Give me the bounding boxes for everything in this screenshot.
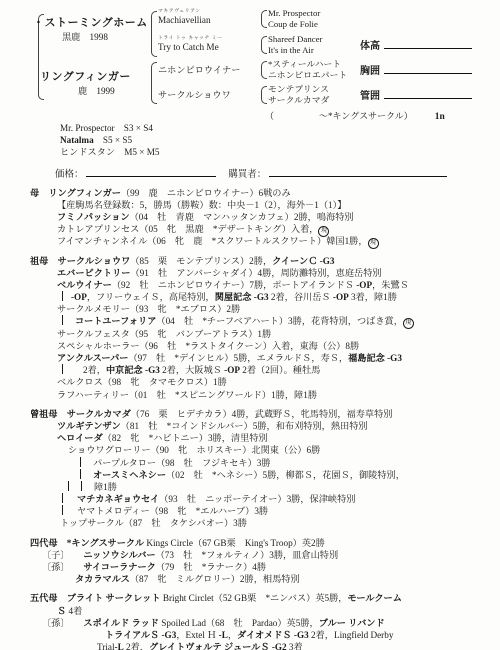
text-segment: Bright Circlet（52 GB栗 *ニンバス）英5勝，	[161, 593, 348, 603]
gen3-brace-3	[261, 61, 267, 79]
gen2-name: サークルショウワ	[158, 90, 231, 100]
pedigree-line: サークルフェスタ（95 牝 バンブーアトラス）1勝	[57, 328, 500, 340]
pedigree-line: 2着，中京記念 -G3 2着，大阪城Ｓ -OP 2着（2回）。種牡馬	[62, 364, 500, 376]
active-horse-mark: 現	[403, 318, 414, 329]
pedigree-line: ベルクロス（98 牝 タマモクロス）1勝	[57, 376, 500, 388]
text-segment: トップサークル（87 牡 タケシバオー）3勝	[60, 518, 247, 528]
text-segment: -OP	[71, 292, 87, 302]
text-segment: 2着，Lingfield Derby	[309, 630, 394, 640]
text-segment: ダイオメドＳ -G3	[237, 630, 309, 640]
height-label: 体高	[360, 41, 380, 52]
gen2-name: Machiavellian	[158, 15, 211, 25]
text-segment: コートユーフォリア	[75, 316, 156, 326]
chest-label: 胸囲	[360, 66, 380, 77]
pedigree-line: ヘロイーダ（82 牝 *ハビトニー）3勝，清里特別	[57, 432, 500, 444]
pedigree-line: サークルメモリー（93 牝 *エブロス）2勝	[57, 303, 500, 315]
pedigree-line: 五代母 ブライト サークレット Bright Circlet（52 GB栗 *ニ…	[30, 592, 500, 604]
gen3-pair: *スティールハート ニホンピロエパート	[268, 59, 347, 81]
pedigree-line: 障1勝	[68, 481, 500, 493]
descent-bar	[62, 291, 63, 301]
text-segment: パープルタロー（98 牡 フジキセキ）3勝	[93, 458, 271, 468]
pedigree-line: ヒンドスタン M5 × M5	[60, 146, 500, 158]
sire-name: ・ストーミングホーム	[33, 14, 148, 30]
text-segment: （99 鹿 ニホンピロウイナー）6戦のみ	[121, 188, 291, 198]
text-segment: 曾祖母 サークルカマダ	[30, 409, 131, 419]
text-segment: フミノパッション	[57, 212, 130, 222]
text-segment: （93 牡 ニッポーテイオー）3勝，保津峡特別	[159, 494, 355, 504]
gen3-sire: Mr. Prospector	[268, 8, 320, 19]
pedigree-line: ベルウイナー（92 牡 ニホンピロウイナー）7勝，ポートアイランドＳ -OP，朱…	[57, 279, 500, 291]
text-segment: 福島記念 -G3	[348, 353, 402, 363]
chest-blank	[384, 63, 472, 74]
text-segment: ヘロイーダ	[57, 433, 103, 443]
text-segment: （04 牡 青鹿 マンハッタンカフェ）2勝，鳴海特別	[130, 212, 354, 222]
text-segment: 母 リングフィンガー	[30, 188, 121, 198]
pedigree-line: ショウワグローリー（90 牝 ホリスキー）北関東（公）6勝	[68, 444, 500, 456]
text-segment: 4着	[66, 606, 82, 616]
descent-bar	[62, 505, 63, 515]
text-segment: ベルクロス（98 牝 タマモクロス）1勝	[57, 377, 227, 387]
text-segment: 〔孫〕	[42, 618, 83, 628]
text-segment: タカラマルス	[75, 574, 130, 584]
descent-bar	[81, 481, 82, 491]
gen3-sire: *スティールハート	[268, 59, 347, 70]
height-row: 体高	[360, 36, 472, 54]
text-segment: 五代母 ブライト サークレット	[30, 593, 161, 603]
family-listing: 母 リングフィンガー（99 鹿 ニホンピロウイナー）6戦のみ【産駒馬名登録数：5…	[0, 187, 500, 650]
pedigree-line: -OP，フリーウェイＳ，高尾特別，関屋記念 -G3 2着，谷川岳Ｓ -OP 3着…	[62, 291, 500, 303]
gen3-sire: Shareef Dancer	[268, 34, 322, 45]
text-segment: 四代母 *キングスサークル	[30, 538, 144, 548]
text-segment: ，Extel Ｈ	[176, 630, 216, 640]
gen3-pair: モンテプリンス サークルカマダ	[268, 84, 329, 106]
descent-bar	[62, 315, 63, 325]
text-segment: 3着，障1勝	[349, 292, 397, 302]
sire-brace	[151, 11, 157, 57]
gen3-dam: It's in the Air	[268, 45, 322, 56]
text-segment: Ｓ	[57, 606, 66, 616]
gen2-entry: マキアヴェリアン Machiavellian	[158, 9, 211, 25]
text-segment: 〔孫〕	[42, 562, 83, 572]
gen3-pair: Shareef Dancer It's in the Air	[268, 34, 322, 56]
pedigree-line: Natalma S5 × S5	[60, 134, 500, 146]
cannon-row: 管囲	[360, 86, 472, 104]
text-segment: Mr. Prospector S3 × S4	[60, 123, 153, 133]
text-segment: 2着，	[83, 365, 106, 375]
descent-bar	[62, 364, 63, 374]
gen3-brace-4	[261, 86, 267, 104]
ruby-text: マキアヴェリアン	[158, 9, 211, 14]
pedigree-line: カトレアプリンセス（05 牝 黒鹿 *デザートキング）入着，現	[57, 223, 500, 235]
text-segment: Kings Circle（67 GB栗 King's Troop）英2勝	[144, 538, 325, 548]
pedigree-line: 【産駒馬名登録数：5，勝馬（勝鞍）数：中央－1（2），海外－1（1）】	[57, 199, 500, 211]
pedigree-line: Trial-L 2着，グレイトヴォルテ ジュールＳ -G2 3着	[97, 641, 500, 650]
family-number: 1n	[435, 112, 445, 122]
pedigree-line: エバービクトリー（91 牡 アンバーシャダイ）4勝，周防灘特別，恵庭岳特別	[57, 267, 500, 279]
text-segment: モールクーム	[348, 593, 402, 603]
text-segment: Spoiled Lad（68 牡 Pardao）英5勝，	[159, 618, 319, 628]
chest-row: 胸囲	[360, 61, 472, 79]
text-segment: エバービクトリー	[57, 268, 131, 278]
text-segment: S5 × S5	[94, 135, 132, 145]
gen3-brace-1	[261, 10, 267, 28]
text-segment: （82 牝 *ハビトニー）3勝，清里特別	[103, 433, 268, 443]
text-segment: 〔子〕	[42, 550, 83, 560]
text-segment: （97 牡 *デインヒル）5勝，エメラルドＳ，寿Ｓ，	[128, 353, 348, 363]
text-segment: （91 牡 アンバーシャダイ）4勝，周防灘特別，恵庭岳特別	[131, 268, 382, 278]
price-blank	[86, 166, 216, 177]
dam-name: リングフィンガー	[40, 68, 131, 84]
text-segment: 2着，	[124, 642, 149, 650]
descent-bar	[68, 481, 69, 491]
pedigree-table: ・ストーミングホーム 黒鹿 1998 リングフィンガー 鹿 1999 マキアヴェ…	[0, 0, 500, 118]
family-line: （ ～*キングスサークル） 1n	[265, 106, 445, 124]
text-segment: マチカネギョウセイ	[77, 494, 159, 504]
descent-bar	[80, 457, 81, 467]
text-segment: 祖母 サークルショウワ	[30, 256, 130, 266]
text-segment: （73 牡 *フォルティノ）3勝，皿倉山特別	[156, 550, 339, 560]
pedigree-line: フミノパッション（04 牡 青鹿 マンハッタンカフェ）2勝，鳴海特別	[57, 211, 500, 223]
gen2-entry: ニホンピロウイナー	[158, 65, 240, 75]
text-segment: ベルウイナー	[57, 280, 112, 290]
gen3-dam: サークルカマダ	[268, 95, 329, 106]
sale-row: 価格： 購買者：	[30, 166, 500, 180]
pedigree-line: パープルタロー（98 牡 フジキセキ）3勝	[80, 457, 500, 469]
text-segment: グレイトヴォルテ ジュールＳ -G2	[149, 642, 287, 650]
pedigree-line: 祖母 サークルショウワ（85 栗 モンテプリンス）2勝，クイーンＣ -G3	[30, 255, 500, 267]
pedigree-line: 曾祖母 サークルカマダ（76 栗 ヒデチカラ）4勝，武蔵野Ｓ，牝馬特別，福寿草特…	[30, 408, 500, 420]
gen2-entry: サークルショウワ	[158, 90, 231, 100]
text-segment: 【産駒馬名登録数：5，勝馬（勝鞍）数：中央－1（2），海外－1（1）】	[57, 200, 346, 210]
text-segment: ，朱鷺Ｓ	[372, 280, 409, 290]
descent-bar	[62, 493, 63, 503]
text-segment: （04 牡 *チーフベアハート）3勝，花背特別，つばき賞，	[156, 316, 403, 326]
pedigree-line: 母 リングフィンガー（99 鹿 ニホンピロウイナー）6戦のみ	[30, 187, 500, 199]
text-segment: 中京記念 -G3	[106, 365, 160, 375]
pedigree-line: ツルギテンザン（81 牡 *コインドシルバー）5勝，和布刈特別，熱田特別	[57, 420, 500, 432]
text-segment: クイーンＣ -G3	[272, 256, 334, 266]
text-segment: -OP	[331, 292, 349, 302]
pedigree-line: 〔孫〕 サイコーラナーク（79 牡 *ラナーク）4勝	[42, 561, 500, 573]
text-segment: （76 栗 ヒデチカラ）4勝，武蔵野Ｓ，牝馬特別，福寿草特別	[131, 409, 393, 419]
pedigree-line: 四代母 *キングスサークル Kings Circle（67 GB栗 King's…	[30, 537, 500, 549]
text-segment: ブルー リバンド	[319, 618, 385, 628]
text-segment: （92 牡 ニホンピロウイナー）7勝，ポートアイランドＳ	[112, 280, 354, 290]
dam-detail: 鹿 1999	[78, 83, 115, 97]
gen2-entry: トライ トゥ キャッチ ミー Try to Catch Me	[158, 36, 223, 52]
gen3-dam: ニホンピロエパート	[268, 70, 347, 81]
gen2-name: Try to Catch Me	[158, 42, 219, 52]
text-segment: （85 栗 モンテプリンス）2勝，	[130, 256, 272, 266]
gen2-name: ニホンピロウイナー	[158, 65, 240, 75]
text-segment: -L	[216, 630, 227, 640]
text-segment: アンクルスーパー	[57, 353, 128, 363]
pedigree-line: ヤマトメロディー（98 牝 *エルハーブ）3勝	[62, 505, 500, 517]
gen3-pair: Mr. Prospector Coup de Folie	[268, 8, 320, 30]
text-segment: カトレアプリンセス（05 牝 黒鹿 *デザートキング）入着，	[57, 224, 318, 234]
text-segment: 2着（2回）。種牡馬	[240, 365, 320, 375]
height-blank	[384, 38, 472, 49]
text-segment: （87 牝 ミルグロリー）2勝，相馬特別	[130, 574, 300, 584]
pedigree-line: オースミヘネシー（02 牡 *ヘネシー）5勝，柳都Ｓ，花園Ｓ，御陵特別，	[80, 469, 500, 481]
text-segment: オースミヘネシー	[93, 470, 166, 480]
pedigree-line: スペシャルホーラー（96 牡 *ラストタイクーン）入着，東海（公）8勝	[57, 340, 500, 352]
text-segment: -OP	[354, 280, 372, 290]
text-segment: サークルメモリー（93 牝 *エブロス）2勝	[57, 304, 240, 314]
pedigree-line: Ｓ 4着	[57, 605, 500, 617]
pedigree-line: 〔子〕 ニッソウシルバー（73 牡 *フォルティノ）3勝，皿倉山特別	[42, 549, 500, 561]
text-segment: ツルギテンザン	[57, 421, 121, 431]
text-segment: 2着，谷川岳Ｓ	[269, 292, 331, 302]
text-segment: ニッソウシルバー	[83, 550, 155, 560]
text-segment: 2着，大阪城Ｓ	[160, 365, 222, 375]
text-segment: スペシャルホーラー（96 牡 *ラストタイクーン）入着，東海（公）8勝	[57, 341, 359, 351]
pedigree-line: 〔孫〕 スポイルド ラッド Spoiled Lad（68 牡 Pardao）英5…	[42, 617, 500, 629]
family-tail: （ ～*キングスサークル）	[265, 111, 413, 121]
pedigree-line: マチカネギョウセイ（93 牡 ニッポーテイオー）3勝，保津峡特別	[62, 493, 500, 505]
inbreeding-block: Mr. Prospector S3 × S4Natalma S5 × S5ヒンド…	[30, 122, 500, 159]
text-segment: -L	[115, 642, 124, 650]
buyer-label: 購買者：	[228, 170, 266, 180]
text-segment: ショウワグローリー（90 牝 ホリスキー）北関東（公）6勝	[68, 445, 320, 455]
text-segment: トライアルＳ -G3	[105, 630, 176, 640]
text-segment: スポイルド ラッド	[83, 618, 159, 628]
text-segment: （02 牡 *ヘネシー）5勝，柳都Ｓ，花園Ｓ，御陵特別，	[166, 470, 405, 480]
gen3-sire: モンテプリンス	[268, 84, 329, 95]
text-segment: 3着	[287, 642, 303, 650]
sire-detail: 黒鹿 1998	[62, 29, 108, 43]
buyer-blank	[269, 166, 447, 177]
dam-brace	[151, 62, 157, 104]
gen3-dam: Coup de Folie	[268, 19, 320, 30]
text-segment: 障1勝	[94, 482, 117, 492]
descent-bar	[80, 469, 81, 479]
ruby-text: トライ トゥ キャッチ ミー	[158, 36, 223, 41]
text-segment: Trial	[97, 642, 115, 650]
pedigree-line: コートユーフォリア（04 牡 *チーフベアハート）3勝，花背特別，つばき賞，現	[62, 315, 500, 327]
pedigree-line: ラフハーティリー（01 牡 *スピニングワールド）1勝，障1勝	[57, 389, 500, 401]
text-segment: （81 牡 *コインドシルバー）5勝，和布刈特別，熱田特別	[121, 421, 368, 431]
cannon-label: 管囲	[360, 91, 380, 102]
text-segment: ，	[228, 630, 237, 640]
text-segment: ヒンドスタン M5 × M5	[60, 147, 160, 157]
text-segment: サークルフェスタ（95 牝 バンブーアトラス）1勝	[57, 329, 271, 339]
pedigree-line: フイマンチャンネイル（06 牝 鹿 *スクワートルスクワート）韓国1勝，現	[57, 235, 500, 247]
gen3-brace-2	[261, 36, 267, 54]
active-horse-mark: 現	[368, 238, 379, 249]
pedigree-line: アンクルスーパー（97 牡 *デインヒル）5勝，エメラルドＳ，寿Ｓ，福島記念 -…	[57, 352, 500, 364]
text-segment: 関屋記念 -G3	[215, 292, 269, 302]
price-label: 価格：	[55, 170, 84, 180]
text-segment: ，フリーウェイＳ，高尾特別，	[87, 292, 215, 302]
cannon-blank	[384, 88, 472, 99]
pedigree-line: トップサークル（87 牡 タケシバオー）3勝	[60, 517, 500, 529]
text-segment: ラフハーティリー（01 牡 *スピニングワールド）1勝，障1勝	[57, 390, 317, 400]
text-segment: Natalma	[60, 135, 94, 145]
text-segment: サイコーラナーク	[83, 562, 156, 572]
text-segment: ヤマトメロディー（98 牝 *エルハーブ）3勝	[77, 506, 268, 516]
pedigree-line: トライアルＳ -G3，Extel Ｈ -L，ダイオメドＳ -G3 2着，Ling…	[105, 629, 500, 641]
text-segment: （79 牡 *ラナーク）4勝	[156, 562, 266, 572]
pedigree-line: タカラマルス（87 牝 ミルグロリー）2勝，相馬特別	[75, 573, 500, 585]
text-segment: -OP	[222, 365, 240, 375]
text-segment: フイマンチャンネイル（06 牝 鹿 *スクワートルスクワート）韓国1勝，	[57, 236, 368, 246]
